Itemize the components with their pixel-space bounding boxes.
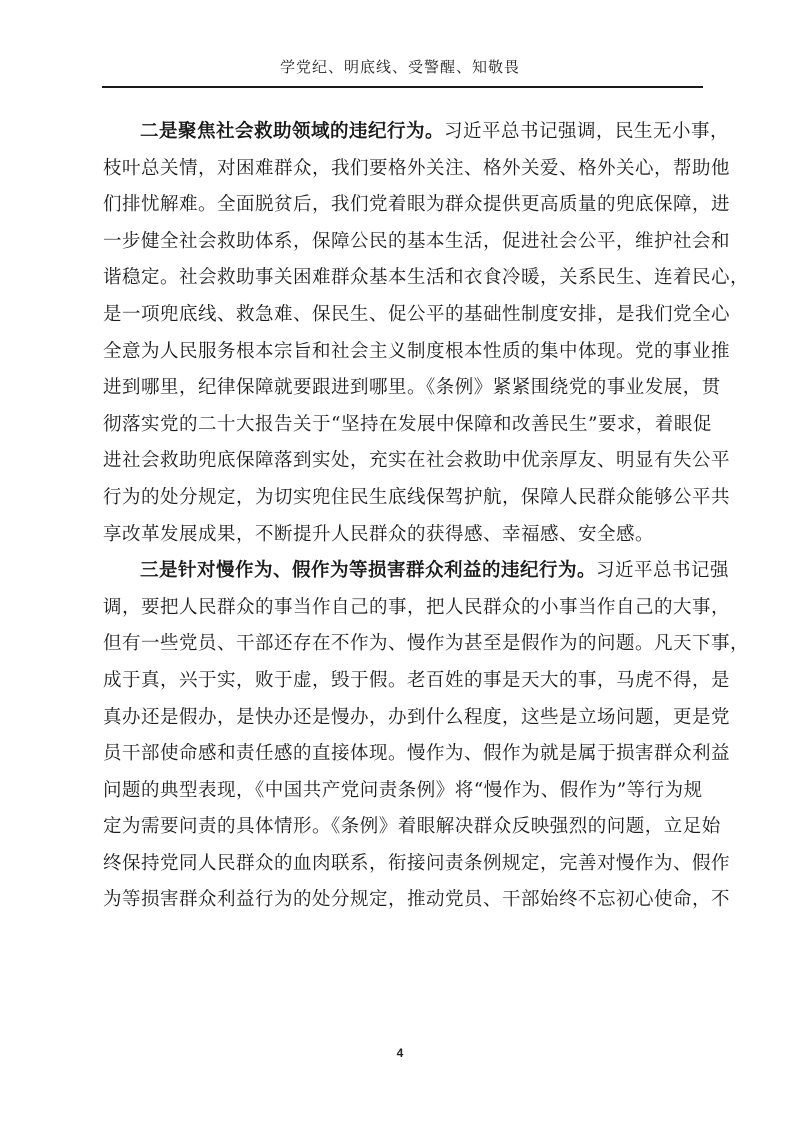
page-number: 4 bbox=[0, 1046, 800, 1060]
paragraph-line: 成于真，兴于实，败于虚，毁于假。老百姓的事是天大的事，马虎不得，是 bbox=[103, 663, 701, 700]
paragraph-line: 终保持党同人民群众的血肉联系，衔接问责条例规定，完善对慢作为、假作 bbox=[103, 846, 701, 883]
paragraph-line: 真办还是假办，是快办还是慢办，办到什么程度，这些是立场问题，更是党 bbox=[103, 700, 701, 737]
header-divider bbox=[102, 86, 703, 88]
paragraph-lead-heading: 二是聚焦社会救助领域的违纪行为。 bbox=[140, 121, 444, 142]
paragraph-line: 谐稳定。社会救助事关困难群众基本生活和衣食冷暖，关系民生、连着民心， bbox=[103, 260, 701, 297]
paragraph-line: 三是针对慢作为、假作为等损害群众利益的违纪行为。习近平总书记强 bbox=[103, 553, 701, 590]
paragraph-line: 二是聚焦社会救助领域的违纪行为。习近平总书记强调，民生无小事， bbox=[103, 114, 701, 151]
paragraph-slow-fake-action: 三是针对慢作为、假作为等损害群众利益的违纪行为。习近平总书记强 调，要把人民群众… bbox=[103, 553, 701, 919]
paragraph-line: 行为的处分规定，为切实兜住民生底线保驾护航，保障人民群众能够公平共 bbox=[103, 480, 701, 517]
paragraph-line: 进社会救助兜底保障落到实处，充实在社会救助中优亲厚友、明显有失公平 bbox=[103, 443, 701, 480]
paragraph-line: 问题的典型表现，《中国共产党问责条例》将“慢作为、假作为”等行为规 bbox=[103, 773, 701, 810]
paragraph-line: 调，要把人民群众的事当作自己的事，把人民群众的小事当作自己的大事， bbox=[103, 590, 701, 627]
paragraph-line: 们排忧解难。全面脱贫后，我们党着眼为群众提供更高质量的兜底保障，进 bbox=[103, 187, 701, 224]
paragraph-line: 枝叶总关情，对困难群众，我们要格外关注、格外关爱、格外关心，帮助他 bbox=[103, 151, 701, 188]
paragraph-lead-heading: 三是针对慢作为、假作为等损害群众利益的违纪行为。 bbox=[140, 560, 596, 581]
paragraph-line: 进到哪里，纪律保障就要跟进到哪里。《条例》紧紧围绕党的事业发展，贯 bbox=[103, 370, 701, 407]
paragraph-line: 彻落实党的二十大报告关于“坚持在发展中保障和改善民生”要求，着眼促 bbox=[103, 407, 701, 444]
paragraph-text: 习近平总书记强 bbox=[596, 560, 729, 581]
paragraph-line: 全意为人民服务根本宗旨和社会主义制度根本性质的集中体现。党的事业推 bbox=[103, 334, 701, 371]
paragraph-social-assistance: 二是聚焦社会救助领域的违纪行为。习近平总书记强调，民生无小事， 枝叶总关情，对困… bbox=[103, 114, 701, 553]
paragraph-line: 但有一些党员、干部还存在不作为、慢作为甚至是假作为的问题。凡天下事， bbox=[103, 626, 701, 663]
paragraph-line: 享改革发展成果，不断提升人民群众的获得感、幸福感、安全感。 bbox=[103, 517, 701, 554]
document-body: 二是聚焦社会救助领域的违纪行为。习近平总书记强调，民生无小事， 枝叶总关情，对困… bbox=[103, 114, 701, 919]
paragraph-line: 为等损害群众利益行为的处分规定，推动党员、干部始终不忘初心使命，不 bbox=[103, 882, 701, 919]
paragraph-line: 一步健全社会救助体系，保障公民的基本生活，促进社会公平，维护社会和 bbox=[103, 224, 701, 261]
paragraph-text: 习近平总书记强调，民生无小事， bbox=[444, 121, 729, 142]
paragraph-line: 定为需要问责的具体情形。《条例》着眼解决群众反映强烈的问题，立足始 bbox=[103, 809, 701, 846]
header-title: 学党纪、明底线、受警醒、知敬畏 bbox=[0, 56, 800, 77]
paragraph-line: 员干部使命感和责任感的直接体现。慢作为、假作为就是属于损害群众利益 bbox=[103, 736, 701, 773]
paragraph-line: 是一项兜底线、救急难、保民生、促公平的基础性制度安排，是我们党全心 bbox=[103, 297, 701, 334]
